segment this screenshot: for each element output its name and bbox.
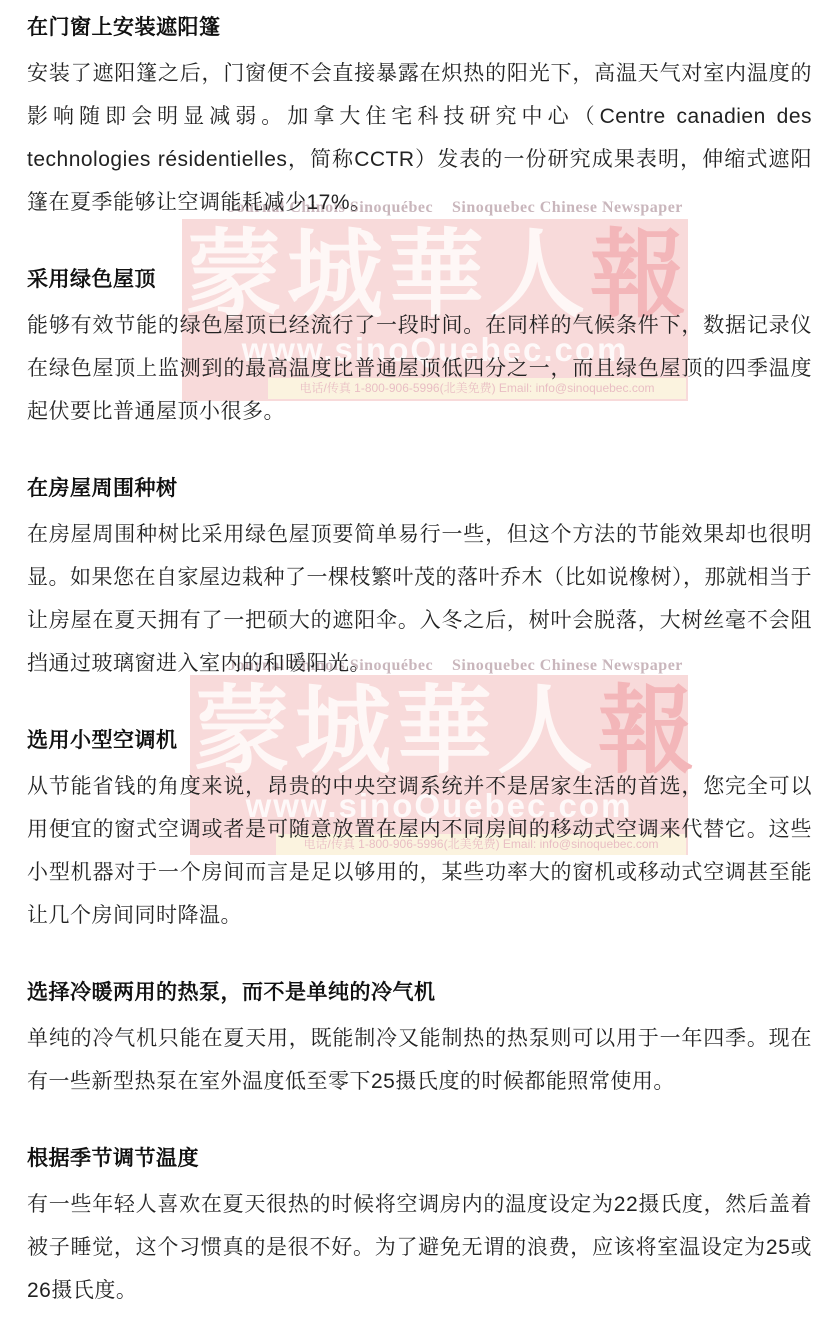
section-paragraph: 安装了遮阳篷之后，门窗便不会直接暴露在炽热的阳光下，高温天气对室内温度的影响随即…: [27, 52, 812, 224]
section-paragraph: 从节能省钱的角度来说，昂贵的中央空调系统并不是居家生活的首选，您完全可以用便宜的…: [27, 765, 812, 937]
section-small-ac: 选用小型空调机 从节能省钱的角度来说，昂贵的中央空调系统并不是居家生活的首选，您…: [27, 727, 812, 937]
section-heading: 选择冷暖两用的热泵，而不是单纯的冷气机: [27, 979, 812, 1007]
section-plant-trees: 在房屋周围种树 在房屋周围种树比采用绿色屋顶要简单易行一些，但这个方法的节能效果…: [27, 475, 812, 685]
article-content: 在门窗上安装遮阳篷 安装了遮阳篷之后，门窗便不会直接暴露在炽热的阳光下，高温天气…: [0, 14, 839, 1312]
section-awnings: 在门窗上安装遮阳篷 安装了遮阳篷之后，门窗便不会直接暴露在炽热的阳光下，高温天气…: [27, 14, 812, 224]
section-heading: 在房屋周围种树: [27, 475, 812, 503]
section-paragraph: 有一些年轻人喜欢在夏天很热的时候将空调房内的温度设定为22摄氏度，然后盖着被子睡…: [27, 1183, 812, 1312]
section-paragraph: 能够有效节能的绿色屋顶已经流行了一段时间。在同样的气候条件下，数据记录仪在绿色屋…: [27, 304, 812, 433]
section-heading: 根据季节调节温度: [27, 1145, 812, 1173]
section-heading: 选用小型空调机: [27, 727, 812, 755]
section-heading: 采用绿色屋顶: [27, 266, 812, 294]
article-page: 蒙城華人報 www.sinoQuebec.com 电话/传真 1-800-906…: [0, 0, 839, 1324]
section-paragraph: 在房屋周围种树比采用绿色屋顶要简单易行一些，但这个方法的节能效果却也很明显。如果…: [27, 513, 812, 685]
section-seasonal-temperature: 根据季节调节温度 有一些年轻人喜欢在夏天很热的时候将空调房内的温度设定为22摄氏…: [27, 1145, 812, 1312]
section-heat-pump: 选择冷暖两用的热泵，而不是单纯的冷气机 单纯的冷气机只能在夏天用，既能制冷又能制…: [27, 979, 812, 1103]
section-paragraph: 单纯的冷气机只能在夏天用，既能制冷又能制热的热泵则可以用于一年四季。现在有一些新…: [27, 1017, 812, 1103]
section-green-roof: 采用绿色屋顶 能够有效节能的绿色屋顶已经流行了一段时间。在同样的气候条件下，数据…: [27, 266, 812, 433]
section-heading: 在门窗上安装遮阳篷: [27, 14, 812, 42]
